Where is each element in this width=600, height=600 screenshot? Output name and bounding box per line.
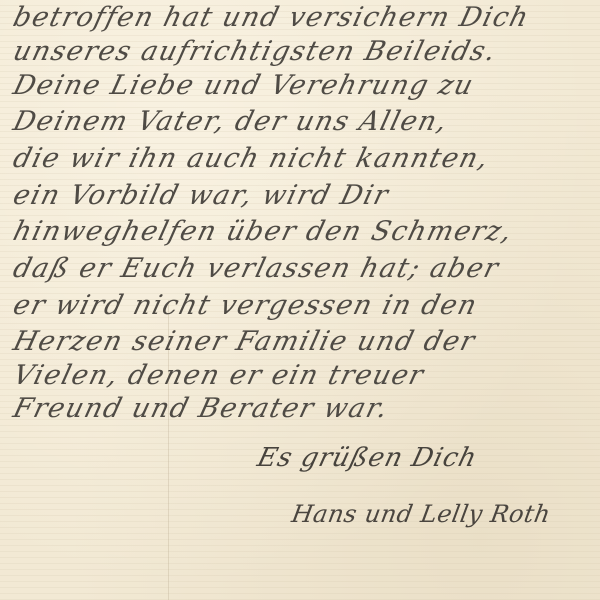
letter-page: betroffen hat und versichern Dich unsere… bbox=[0, 0, 600, 600]
letter-line-4: Deinem Vater, der uns Allen, bbox=[10, 106, 451, 137]
letter-line-10: Herzen seiner Familie und der bbox=[10, 326, 479, 357]
letter-signature: Hans und Lelly Roth bbox=[290, 500, 553, 528]
letter-line-2: unseres aufrichtigsten Beileids. bbox=[10, 36, 500, 67]
letter-line-3: Deine Liebe und Verehrung zu bbox=[10, 70, 477, 101]
letter-line-1: betroffen hat und versichern Dich bbox=[10, 2, 533, 33]
letter-line-5: die wir ihn auch nicht kannten, bbox=[10, 143, 493, 174]
letter-line-7: hinweghelfen über den Schmerz, bbox=[10, 216, 516, 247]
letter-line-8: daß er Euch verlassen hat; aber bbox=[10, 253, 503, 284]
letter-line-11: Vielen, denen er ein treuer bbox=[10, 360, 428, 391]
letter-line-9: er wird nicht vergessen in den bbox=[10, 290, 481, 321]
letter-line-12: Freund und Berater war. bbox=[10, 393, 392, 424]
letter-closing: Es grüßen Dich bbox=[254, 443, 480, 473]
letter-line-6: ein Vorbild war, wird Dir bbox=[10, 180, 392, 211]
